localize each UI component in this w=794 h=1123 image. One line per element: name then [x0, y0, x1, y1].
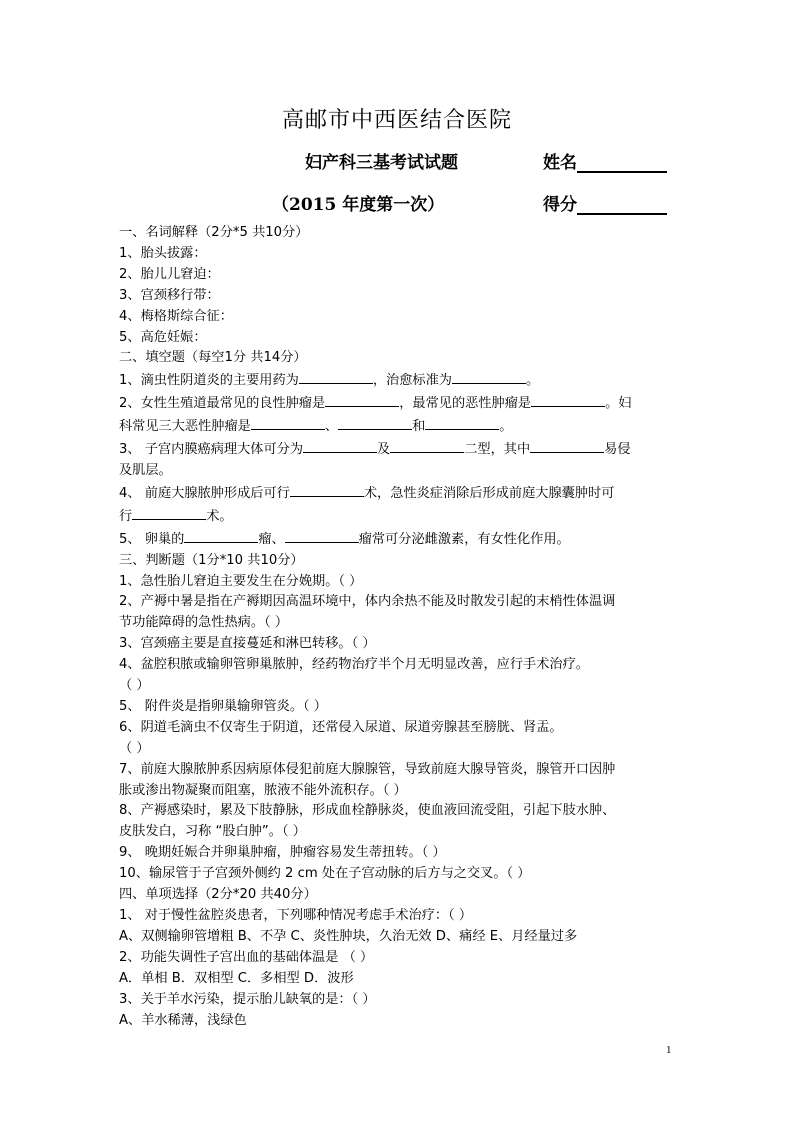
judge-line: 3、宫颈癌主要是直接蔓延和淋巴转移。（ ） [119, 634, 679, 655]
question-text: 3、 子宫内膜癌病理大体可分为 [119, 442, 303, 457]
answer-blank[interactable] [132, 505, 206, 520]
fill-question-1: 1、滴虫性阴道炎的主要用药为，治愈标准为。 [119, 369, 679, 392]
answer-blank[interactable] [285, 528, 359, 543]
name-blank[interactable] [577, 153, 667, 173]
term-item: 2、胎儿儿窘迫： [119, 265, 679, 286]
answer-blank[interactable] [184, 528, 258, 543]
question-text: 行 [119, 509, 132, 524]
name-label: 姓名 [543, 153, 577, 173]
judge-line: 10、输尿管于子宫颈外侧约 2 cm 处在子宫动脉的后方与之交叉。（ ） [119, 864, 679, 885]
question-text: ，最常见的恶性肿瘤是 [399, 396, 531, 411]
term-item: 3、宫颈移行带： [119, 286, 679, 307]
answer-blank[interactable] [325, 392, 399, 407]
judge-line: 5、 附件炎是指卵巢输卵管炎。（ ） [119, 697, 679, 718]
exam-body: 一、名词解释（2分*5 共10分） 1、胎头拔露： 2、胎儿儿窘迫： 3、宫颈移… [119, 223, 679, 1031]
fill-question-4-cont: 行术。 [119, 505, 679, 528]
judge-line: 9、 晚期妊娠合并卵巢肿瘤，肿瘤容易发生蒂扭转。（ ） [119, 843, 679, 864]
section-heading: 四、单项选择（2分*20 共40分） [119, 885, 679, 906]
term-item: 1、胎头拔露： [119, 244, 679, 265]
section-heading: 二、填空题（每空1分 共14分） [119, 348, 679, 369]
choice-line: 3、关于羊水污染，提示胎儿缺氧的是：（ ） [119, 990, 679, 1011]
judge-line: （ ） [119, 676, 679, 697]
fill-question-3-cont: 及肌层。 [119, 461, 679, 482]
judge-line: 8、产褥感染时，累及下肢静脉，形成血栓静脉炎，使血液回流受阻，引起下肢水肿、 [119, 801, 679, 822]
section-heading: 三、判断题（1分*10 共10分） [119, 551, 679, 572]
section-heading: 一、名词解释（2分*5 共10分） [119, 223, 679, 244]
fill-question-2: 2、女性生殖道最常见的良性肿瘤是，最常见的恶性肿瘤是。妇 [119, 392, 679, 415]
name-field: 姓名 [543, 148, 667, 173]
question-text: 及 [377, 442, 390, 457]
exam-year: （2015 年度第一次） [272, 190, 444, 215]
choice-options: A、双侧输卵管增粗 B、不孕 C、炎性肿块，久治无效 D、痛经 E、月经量过多 [119, 927, 679, 948]
choice-line: 2、功能失调性子宫出血的基础体温是 （ ） [119, 948, 679, 969]
answer-blank[interactable] [390, 438, 464, 453]
judge-line: 7、前庭大腺脓肿系因病原体侵犯前庭大腺腺管，导致前庭大腺导管炎，腺管开口因肿 [119, 760, 679, 781]
question-text: 。 [526, 373, 539, 388]
judge-line: （ ） [119, 739, 679, 760]
answer-blank[interactable] [425, 415, 499, 430]
choice-options: A．单相 B．双相型 C．多相型 D．波形 [119, 969, 679, 990]
score-label: 得分 [543, 195, 577, 215]
question-text: 。妇 [605, 396, 631, 411]
question-text: 2、女性生殖道最常见的良性肿瘤是 [119, 396, 325, 411]
answer-blank[interactable] [531, 392, 605, 407]
answer-blank[interactable] [299, 369, 373, 384]
page-number: 1 [666, 1044, 672, 1056]
question-text: 1、滴虫性阴道炎的主要用药为 [119, 373, 299, 388]
answer-blank[interactable] [452, 369, 526, 384]
answer-blank[interactable] [251, 415, 325, 430]
question-text: 、 [325, 419, 338, 434]
answer-blank[interactable] [338, 415, 412, 430]
question-text: 易侵 [604, 442, 630, 457]
choice-line: 1、 对于慢性盆腔炎患者，下列哪种情况考虑手术治疗：（ ） [119, 906, 679, 927]
fill-question-5: 5、 卵巢的瘤、瘤常可分泌雌激素，有女性化作用。 [119, 528, 679, 551]
question-text: 术，急性炎症消除后形成前庭大腺囊肿时可 [364, 486, 615, 501]
question-text: 。 [499, 419, 512, 434]
exam-title: 妇产科三基考试试题 [305, 148, 458, 173]
question-text: 4、 前庭大腺脓肿形成后可行 [119, 486, 290, 501]
answer-blank[interactable] [303, 438, 377, 453]
question-text: 瘤常可分泌雌激素，有女性化作用。 [359, 532, 570, 547]
score-field: 得分 [543, 190, 667, 215]
answer-blank[interactable] [530, 438, 604, 453]
fill-question-4: 4、 前庭大腺脓肿形成后可行术，急性炎症消除后形成前庭大腺囊肿时可 [119, 482, 679, 505]
question-text: 5、 卵巢的 [119, 532, 184, 547]
judge-line: 6、阴道毛滴虫不仅寄生于阴道，还常侵入尿道、尿道旁腺甚至膀胱、肾盂。 [119, 718, 679, 739]
question-text: 和 [412, 419, 425, 434]
score-blank[interactable] [577, 195, 667, 215]
fill-question-2-cont: 科常见三大恶性肿瘤是、和。 [119, 415, 679, 438]
judge-line: 2、产褥中暑是指在产褥期因高温环境中，体内余热不能及时散发引起的末梢性体温调 [119, 592, 679, 613]
judge-line: 节功能障碍的急性热病。（ ） [119, 613, 679, 634]
hospital-title: 高邮市中西医结合医院 [0, 103, 794, 134]
term-item: 5、高危妊娠： [119, 328, 679, 349]
fill-question-3: 3、 子宫内膜癌病理大体可分为及二型，其中易侵 [119, 438, 679, 461]
question-text: 瘤、 [258, 532, 284, 547]
judge-line: 1、急性胎儿窘迫主要发生在分娩期。（ ） [119, 572, 679, 593]
term-item: 4、梅格斯综合征： [119, 307, 679, 328]
question-text: ，治愈标准为 [373, 373, 452, 388]
judge-line: 皮肤发白，习称 “股白肿”。（ ） [119, 822, 679, 843]
answer-blank[interactable] [290, 482, 364, 497]
question-text: 二型，其中 [464, 442, 530, 457]
judge-line: 4、盆腔积脓或输卵管卵巢脓肿，经药物治疗半个月无明显改善，应行手术治疗。 [119, 655, 679, 676]
choice-options: A、羊水稀薄，浅绿色 [119, 1011, 679, 1032]
question-text: 术。 [206, 509, 232, 524]
judge-line: 胀或渗出物凝聚而阻塞，脓液不能外流积存。（ ） [119, 781, 679, 802]
question-text: 科常见三大恶性肿瘤是 [119, 419, 251, 434]
